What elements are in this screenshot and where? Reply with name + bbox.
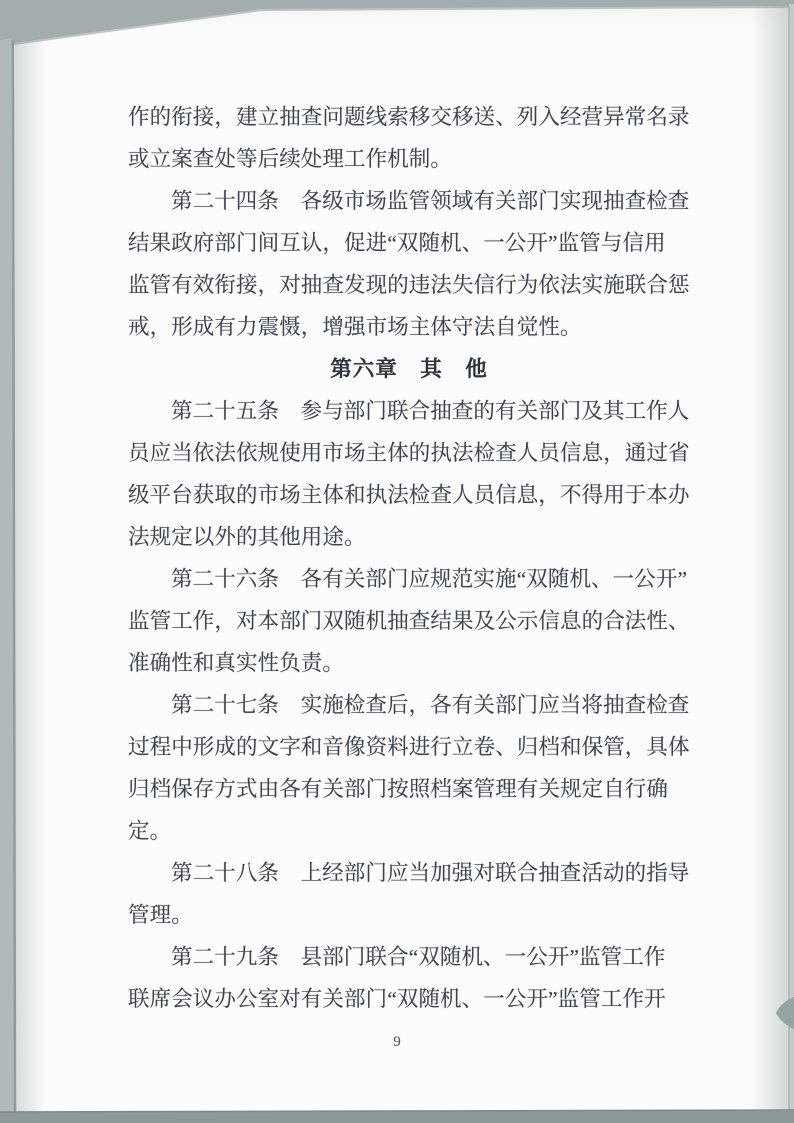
scan-right-fold-shadow — [752, 5, 790, 1111]
text-line: 作的衔接，建立抽查问题线索移交移送、列入经营异常名录 — [128, 96, 690, 138]
text-line: 管理。 — [128, 894, 690, 936]
text-line: 级平台获取的市场主体和执法检查人员信息，不得用于本办 — [128, 474, 690, 516]
scan-left-strip — [0, 38, 14, 1114]
text-line: 结果政府部门间互认，促进“双随机、一公开”监管与信用 — [128, 222, 690, 264]
text-line: 第二十四条 各级市场监管领域有关部门实现抽查检查 — [128, 180, 690, 222]
chapter-heading: 第六章 其 他 — [128, 348, 690, 390]
scan-bottom-band — [0, 1110, 794, 1123]
text-line: 归档保存方式由各有关部门按照档案管理有关规定自行确 — [128, 768, 690, 810]
text-line: 或立案查处等后续处理工作机制。 — [128, 138, 690, 180]
scan-bottom-edge-line — [0, 1110, 794, 1112]
text-line: 第二十五条 参与部门联合抽查的有关部门及其工作人 — [128, 390, 690, 432]
scan-top-band — [0, 0, 794, 45]
text-line: 员应当依法依规使用市场主体的执法检查人员信息，通过省 — [128, 432, 690, 474]
text-line: 准确性和真实性负责。 — [128, 642, 690, 684]
text-line: 监管工作，对本部门双随机抽查结果及公示信息的合法性、 — [128, 600, 690, 642]
scan-corner-notch — [776, 997, 794, 1029]
text-line: 第二十九条 县部门联合“双随机、一公开”监管工作 — [128, 936, 690, 978]
text-line: 第二十六条 各有关部门应规范实施“双随机、一公开” — [128, 558, 690, 600]
text-line: 戒，形成有力震慑，增强市场主体守法自觉性。 — [128, 306, 690, 348]
scan-left-edge-line — [13, 40, 15, 1113]
scan-top-edge-line — [0, 7, 794, 46]
text-line: 第二十七条 实施检查后，各有关部门应当将抽查检查 — [128, 684, 690, 726]
text-line: 联席会议办公室对有关部门“双随机、一公开”监管工作开 — [128, 978, 690, 1020]
text-line: 第二十八条 上经部门应当加强对联合抽查活动的指导 — [128, 852, 690, 894]
scan-right-strip — [789, 4, 794, 1123]
document-text: 作的衔接，建立抽查问题线索移交移送、列入经营异常名录或立案查处等后续处理工作机制… — [128, 96, 690, 1020]
scanned-document-page: 作的衔接，建立抽查问题线索移交移送、列入经营异常名录或立案查处等后续处理工作机制… — [0, 0, 794, 1123]
text-line: 监管有效衔接，对抽查发现的违法失信行为依法实施联合惩 — [128, 264, 690, 306]
text-line: 过程中形成的文字和音像资料进行立卷、归档和保管，具体 — [128, 726, 690, 768]
page-number: 9 — [0, 1032, 794, 1052]
scan-left-inner-shadow — [15, 40, 45, 1113]
text-line: 定。 — [128, 810, 690, 852]
text-line: 法规定以外的其他用途。 — [128, 516, 690, 558]
